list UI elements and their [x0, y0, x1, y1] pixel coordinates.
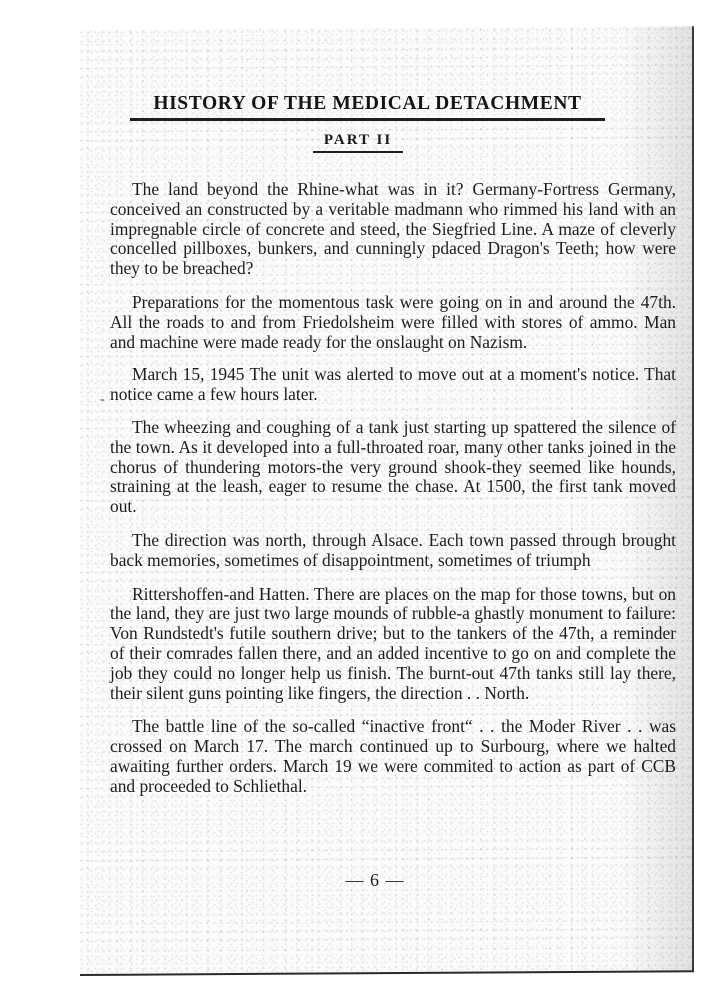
- margin-mark: -: [100, 392, 105, 408]
- paragraph-rhine: The land beyond the Rhine-what was in it…: [110, 180, 676, 279]
- paragraph-battle-line: The battle line of the so-called “inacti…: [110, 717, 676, 796]
- paragraph-preparations: Preparations for the momentous task were…: [110, 293, 676, 352]
- paragraph-rittershoffen: Rittershoffen-and Hatten. There are plac…: [110, 585, 676, 704]
- document-title: HISTORY OF THE MEDICAL DETACHMENT: [130, 92, 605, 121]
- paragraph-march-15: March 15, 1945 The unit was alerted to m…: [110, 365, 676, 405]
- paragraph-direction: The direction was north, through Alsace.…: [110, 531, 676, 571]
- page-number: — 6 —: [330, 870, 420, 891]
- document-body: The land beyond the Rhine-what was in it…: [110, 180, 676, 811]
- document-subtitle: PART II: [313, 130, 403, 153]
- paragraph-tanks: The wheezing and coughing of a tank just…: [110, 418, 676, 517]
